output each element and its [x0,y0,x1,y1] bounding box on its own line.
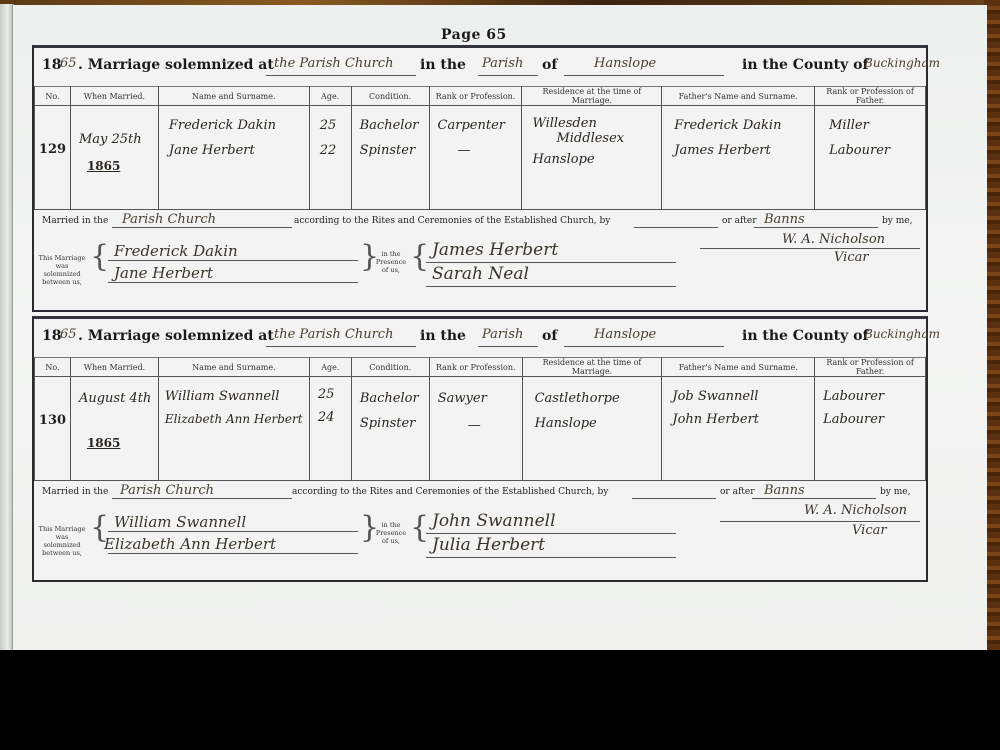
officiant-signature: W. A. Nicholson [804,503,907,518]
col-residence: Residence at the time of Marriage. [522,87,662,106]
ages-cell: 25 22 [309,106,351,210]
district-type-value: Parish [482,56,523,71]
year-suffix: 65 [60,327,77,342]
col-condition: Condition. [351,358,429,377]
col-no: No. [35,87,71,106]
fathers-cell: Job Swannell John Herbert [662,377,815,481]
officiant-signature: W. A. Nicholson [782,232,885,247]
officiant-title: Vicar [852,523,887,538]
county-label: in the County of [742,57,868,73]
col-no: No. [35,358,71,377]
register-table: No. When Married. Name and Surname. Age.… [34,357,926,481]
banns-value: Banns [764,483,805,498]
officiant-title: Vicar [834,250,869,265]
place-value: the Parish Church [274,327,393,342]
entry-headline: 18 65 . Marriage solemnized at the Paris… [34,48,926,86]
year-prefix: 18 [42,328,61,344]
when-married-cell: May 25th 1865 [70,106,158,210]
col-when-married: When Married. [70,87,158,106]
names-cell: William Swannell Elizabeth Ann Herbert [158,377,309,481]
married-in-value: Parish Church [120,483,214,498]
county-label: in the County of [742,328,868,344]
witness-signature-1: John Swannell [432,511,556,531]
banns-value: Banns [764,212,805,227]
parish-value: Hanslope [594,327,656,342]
district-type-value: Parish [482,327,523,342]
party-signature-1: Frederick Dakin [114,242,238,260]
register-table: No. When Married. Name and Surname. Age.… [34,86,926,210]
in-the-label: in the [420,57,466,73]
col-name: Name and Surname. [158,87,309,106]
residence-cell: Castlethorpe Hanslope [522,377,662,481]
party-signature-2: Jane Herbert [114,264,213,282]
col-age: Age. [309,87,351,106]
table-row: 129 May 25th 1865 Frederick Dakin Jane H… [35,106,926,210]
page-number: Page 65 [441,27,507,43]
col-age: Age. [309,358,351,377]
marriage-entry-129: 18 65 . Marriage solemnized at the Paris… [32,45,928,312]
professions-cell: Carpenter — [429,106,522,210]
of-label: of [542,328,557,344]
solemnized-label: . Marriage solemnized at [78,328,274,344]
col-profession: Rank or Profession. [429,87,522,106]
col-name: Name and Surname. [158,358,309,377]
col-father-name: Father's Name and Surname. [662,87,815,106]
party-signature-2: Elizabeth Ann Herbert [104,535,276,553]
entry-headline: 18 65 . Marriage solemnized at the Paris… [34,319,926,357]
fathers-cell: Frederick Dakin James Herbert [662,106,815,210]
when-married-cell: August 4th 1865 [70,377,158,481]
names-cell: Frederick Dakin Jane Herbert [158,106,309,210]
county-value: Buckingham [864,327,940,341]
conditions-cell: Bachelor Spinster [351,377,429,481]
solemnized-label: . Marriage solemnized at [78,57,274,73]
black-letterbox [0,650,1000,750]
county-value: Buckingham [864,56,940,70]
place-value: the Parish Church [274,56,393,71]
marriage-entry-130: 18 65 . Marriage solemnized at the Paris… [32,316,928,582]
in-the-label: in the [420,328,466,344]
conditions-cell: Bachelor Spinster [351,106,429,210]
year-prefix: 18 [42,57,61,73]
col-father-profession: Rank or Profession of Father. [815,358,926,377]
entry-number: 130 [35,377,71,481]
ages-cell: 25 24 [309,377,351,481]
witness-signature-1: James Herbert [432,240,558,260]
of-label: of [542,57,557,73]
col-when-married: When Married. [70,358,158,377]
residence-cell: Willesden Middlesex Hanslope [522,106,662,210]
year-suffix: 65 [60,56,77,71]
parish-value: Hanslope [594,56,656,71]
col-condition: Condition. [351,87,429,106]
header-row: No. When Married. Name and Surname. Age.… [35,358,926,377]
married-in-value: Parish Church [122,212,216,227]
witness-signature-2: Julia Herbert [432,535,545,555]
party-signature-1: William Swannell [114,513,246,531]
col-residence: Residence at the time of Marriage. [522,358,662,377]
col-profession: Rank or Profession. [429,358,522,377]
col-father-profession: Rank or Profession of Father. [815,87,926,106]
witness-signature-2: Sarah Neal [432,264,529,284]
header-row: No. When Married. Name and Surname. Age.… [35,87,926,106]
table-row: 130 August 4th 1865 William Swannell Eli… [35,377,926,481]
father-professions-cell: Miller Labourer [815,106,926,210]
father-professions-cell: Labourer Labourer [815,377,926,481]
col-father-name: Father's Name and Surname. [662,358,815,377]
professions-cell: Sawyer — [429,377,522,481]
entry-number: 129 [35,106,71,210]
